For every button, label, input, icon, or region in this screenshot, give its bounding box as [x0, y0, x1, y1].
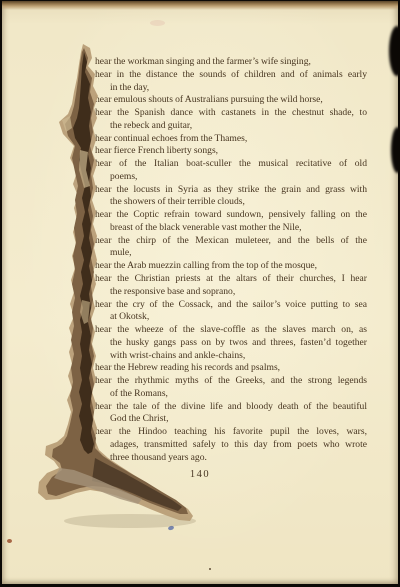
page-number: 140 — [2, 469, 398, 480]
poem-line: God the Christ, — [95, 413, 367, 426]
poem-line: hear continual echoes from the Thames, — [95, 133, 367, 146]
poem-line: adages, transmitted safely to this day f… — [95, 439, 367, 452]
blue-ink-mark — [168, 525, 175, 531]
poem-line: hear the workman singing and the farmer’… — [95, 56, 367, 69]
poem-line: with wrist-chains and ankle-chains, — [95, 350, 367, 363]
poem-text: hear the workman singing and the farmer’… — [95, 56, 367, 465]
poem-line: hear the Hebrew reading his records and … — [95, 362, 367, 375]
poem-line: hear in the distance the sounds of child… — [95, 69, 367, 82]
poem-line: the responsive base and soprano, — [95, 286, 367, 299]
poem-line: hear the chirp of the Mexican muleteer, … — [95, 235, 367, 248]
book-page: hear the workman singing and the farmer’… — [2, 1, 398, 584]
poem-line: hear the tale of the divine life and blo… — [95, 401, 367, 414]
poem-line: hear the Coptic refrain toward sundown, … — [95, 209, 367, 222]
poem-line: hear of the Italian boat-sculler the mus… — [95, 158, 367, 171]
poem-line: hear the locusts in Syria as they strike… — [95, 184, 367, 197]
poem-line: hear the rhythmic myths of the Greeks, a… — [95, 375, 367, 388]
poem-line: hear the cry of the Cossack, and the sai… — [95, 299, 367, 312]
right-edge-shadow-blob-2 — [391, 127, 400, 173]
poem-line: in the day, — [95, 82, 367, 95]
pink-smudge-stain — [150, 20, 165, 26]
poem-line: mule, — [95, 247, 367, 260]
dark-speck — [209, 568, 211, 570]
poem-line: hear the Spanish dance with castanets in… — [95, 107, 367, 120]
scanned-book-photo: { "page": { "number": "140" }, "poem": {… — [0, 0, 400, 587]
poem-line: hear the Christian priests at the altars… — [95, 273, 367, 286]
poem-line: hear the Hindoo teaching his favorite pu… — [95, 426, 367, 439]
poem-line: the husky gangs pass on by twos and thre… — [95, 337, 367, 350]
poem-line: of the Romans, — [95, 388, 367, 401]
poem-line: hear the Arab muezzin calling from the t… — [95, 260, 367, 273]
poem-line: poems, — [95, 171, 367, 184]
poem-line: hear fierce French liberty songs, — [95, 145, 367, 158]
poem-line: the rebeck and guitar, — [95, 120, 367, 133]
right-edge-shadow-blob-1 — [389, 26, 400, 76]
page-top-edge — [2, 1, 398, 10]
poem-line: at Okotsk, — [95, 311, 367, 324]
red-stain — [7, 539, 12, 543]
poem-line: breast of the black venerable vast mothe… — [95, 222, 367, 235]
poem-line: hear the wheeze of the slave-coffle as t… — [95, 324, 367, 337]
poem-line: three thousand years ago. — [95, 452, 367, 465]
poem-line: the showers of their terrible clouds, — [95, 196, 367, 209]
poem-line: hear emulous shouts of Australians pursu… — [95, 94, 367, 107]
